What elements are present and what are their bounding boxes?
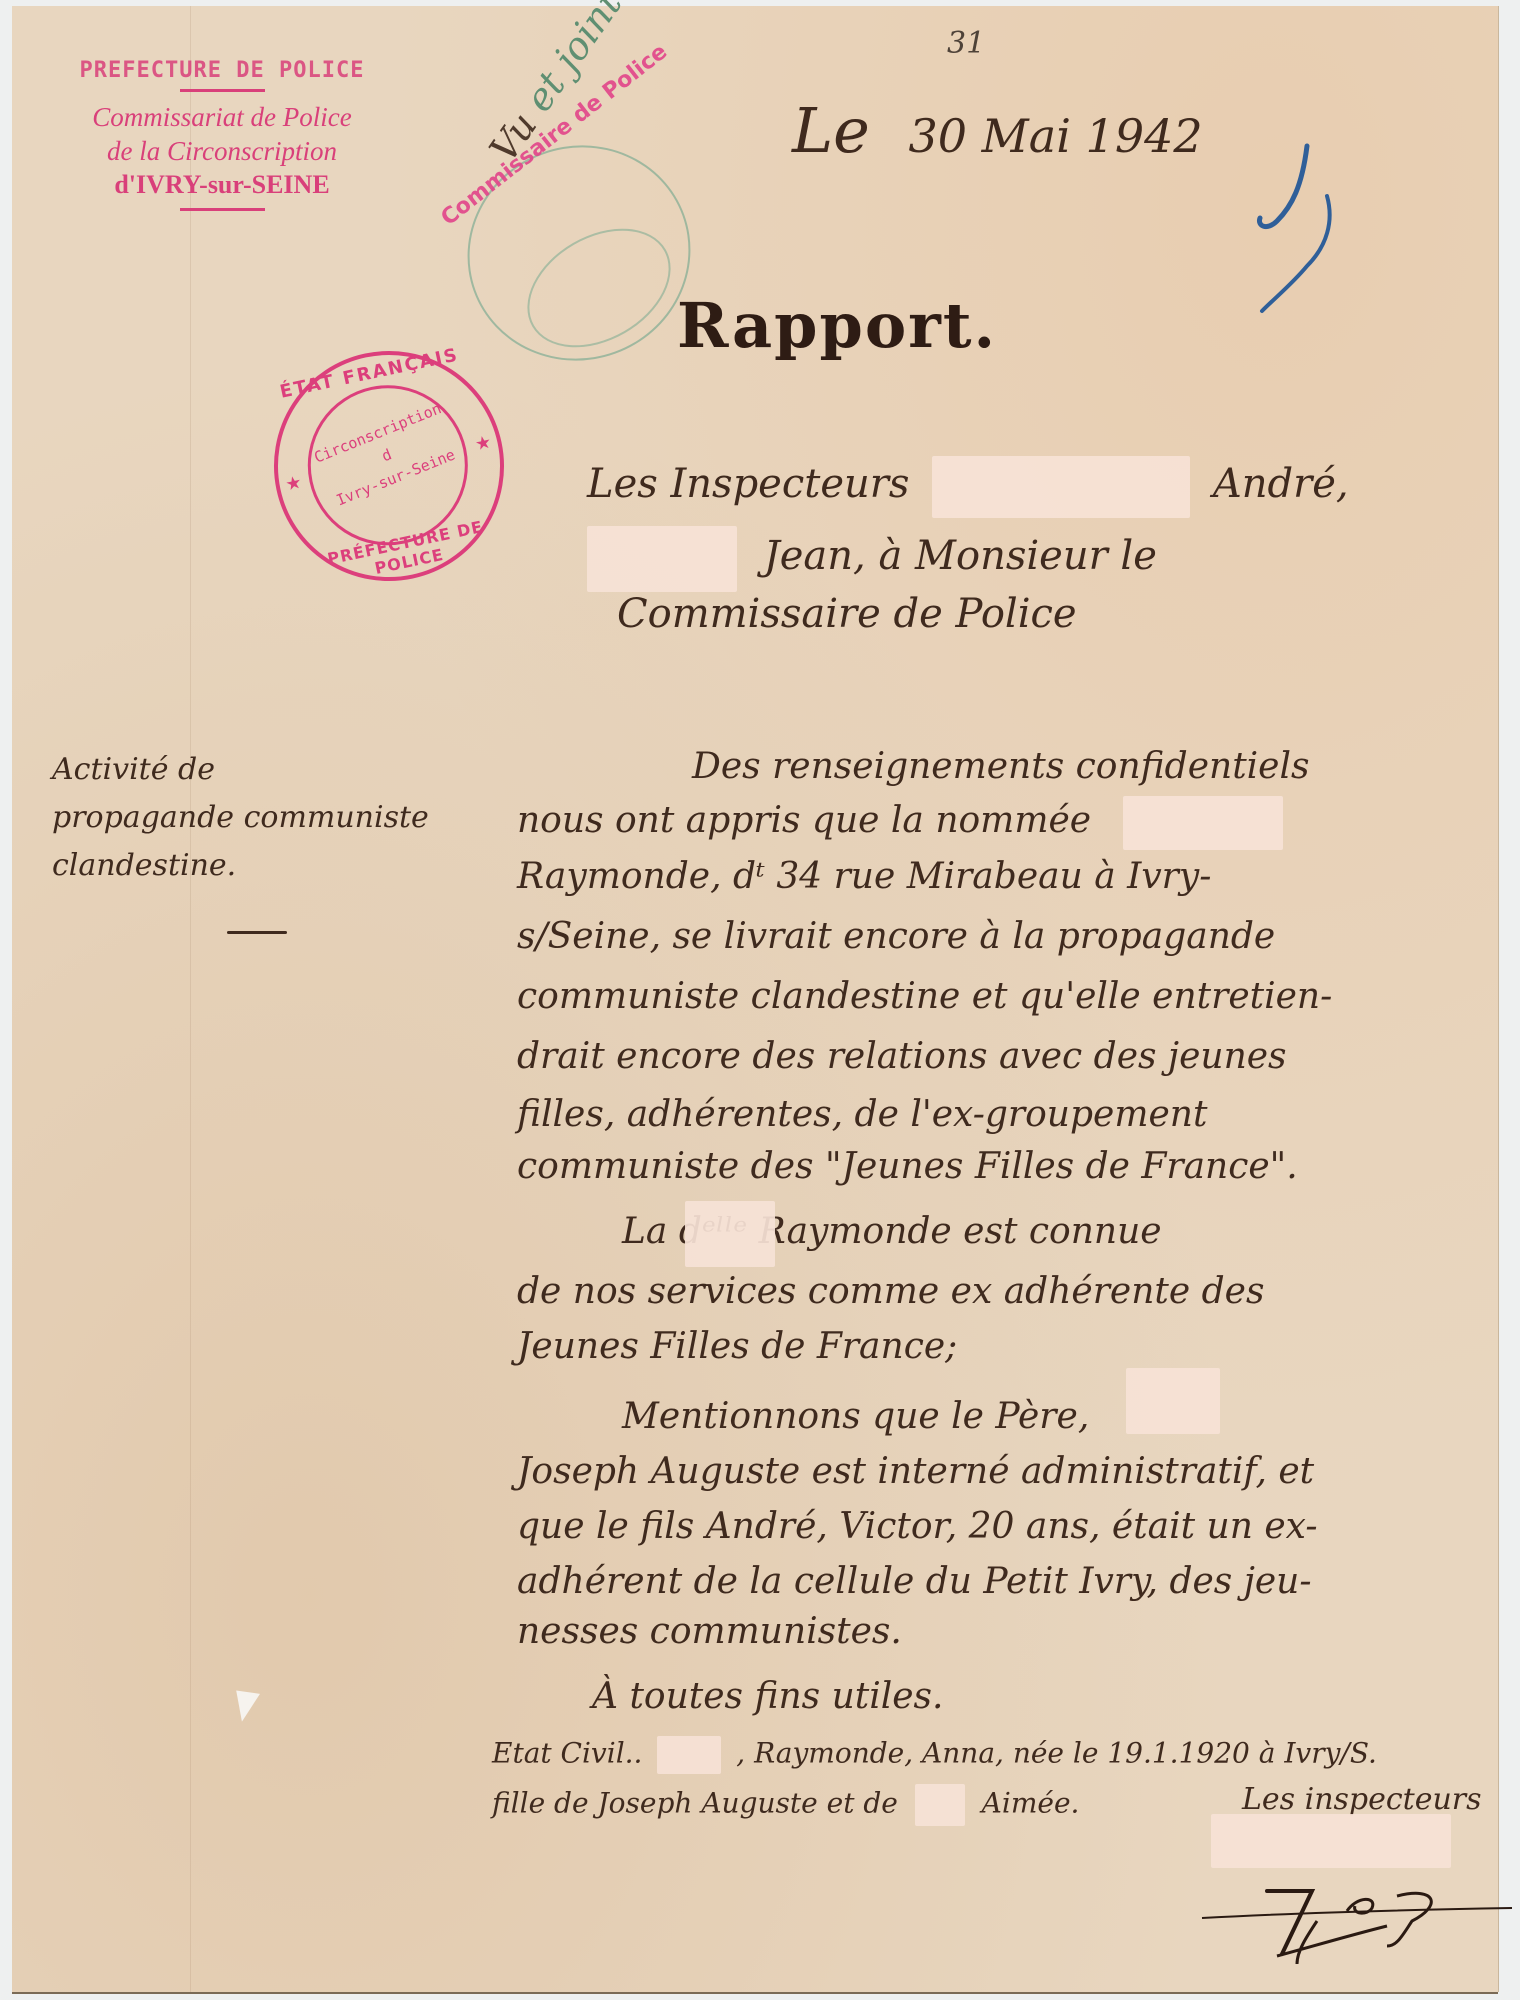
etat-civil-text: fille de Joseph Auguste et de (492, 1787, 898, 1820)
stamp-prefecture: PREFECTURE DE POLICE (42, 58, 402, 83)
body-line: communiste clandestine et qu'elle entret… (517, 976, 1332, 1017)
body-line: s/Seine, se livrait encore à la propagan… (517, 916, 1275, 957)
document-title: Rapport. (677, 289, 997, 362)
address-jean: Jean, à Monsieur le (764, 533, 1157, 579)
margin-note-line: propagande communiste (52, 794, 432, 842)
body-line: À toutes fins utiles. (592, 1676, 943, 1717)
margin-note: Activité de propagande communiste clande… (52, 746, 432, 890)
etat-civil-label: Etat Civil.. (492, 1737, 642, 1770)
address-line-3: Commissaire de Police (617, 591, 1077, 637)
body-line: de nos services comme ex adhérente des (517, 1271, 1264, 1312)
body-text: Mentionnons que le Père, (622, 1396, 1089, 1437)
body-line: drait encore des relations avec des jeun… (517, 1036, 1287, 1077)
header-stamp: PREFECTURE DE POLICE Commissariat de Pol… (42, 58, 402, 219)
stamp-commissariat: Commissariat de Police (42, 100, 402, 134)
redacted-name (587, 526, 737, 592)
paper-fold (190, 6, 191, 1992)
etat-civil-line-1: Etat Civil.. , Raymonde, Anna, née le 19… (492, 1736, 1377, 1774)
signature-icon (1197, 1876, 1517, 1966)
address-inspecteurs: Les Inspecteurs (587, 461, 909, 507)
folio-number: 31 (947, 26, 985, 61)
date-le: Le (792, 94, 870, 167)
redacted-name (1211, 1814, 1451, 1868)
stamp-circonscription: de la Circonscription (42, 134, 402, 168)
date-day: 30 (909, 109, 968, 163)
body-line: nous ont appris que la nommée (517, 796, 1283, 850)
body-line: Jeunes Filles de France; (517, 1326, 957, 1367)
document-page: PREFECTURE DE POLICE Commissariat de Pol… (12, 6, 1498, 1992)
body-line: Des renseignements confidentiels (692, 746, 1309, 787)
blue-pencil-mark-icon (1252, 126, 1362, 316)
address-andre: André, (1213, 461, 1349, 507)
body-line: nesses communistes. (517, 1611, 902, 1652)
date-month: Mai (982, 109, 1071, 163)
stamp-rule-bottom (180, 208, 265, 211)
redacted-name (915, 1784, 965, 1826)
redacted-name (1126, 1368, 1220, 1434)
etat-civil-line-2: fille de Joseph Auguste et de Aimée. (492, 1784, 1079, 1826)
margin-dash (227, 931, 287, 934)
body-line: Joseph Auguste est interné administratif… (517, 1451, 1314, 1492)
redacted-name (1123, 796, 1283, 850)
address-line-1: Les Inspecteurs André, (587, 456, 1349, 518)
margin-note-line: clandestine. (52, 842, 432, 890)
stamp-rule (180, 89, 265, 92)
redacted-name (932, 456, 1190, 518)
body-line: Mentionnons que le Père, (622, 1396, 1089, 1437)
etat-civil-text: Aimée. (982, 1787, 1080, 1820)
document-date: Le 30 Mai 1942 (792, 94, 1203, 167)
body-line: communiste des "Jeunes Filles de France"… (517, 1146, 1298, 1187)
body-line: filles, adhérentes, de l'ex-groupement (517, 1094, 1207, 1135)
body-line: Raymonde, dᵗ 34 rue Mirabeau à Ivry- (517, 856, 1211, 897)
body-line: que le fils André, Victor, 20 ans, était… (517, 1506, 1318, 1547)
signature-label: Les inspecteurs (1242, 1782, 1482, 1817)
body-text: nous ont appris que la nommée (517, 800, 1091, 841)
address-line-2: Jean, à Monsieur le (587, 526, 1157, 592)
round-seal-stamp: ÉTAT FRANÇAIS ★ ★ Circonscription d Ivry… (253, 330, 526, 603)
date-year: 1942 (1086, 109, 1203, 163)
redacted-name (685, 1201, 775, 1267)
body-line: adhérent de la cellule du Petit Ivry, de… (517, 1561, 1312, 1602)
stamp-ivry: d'IVRY-sur-SEINE (42, 168, 402, 202)
redacted-name (657, 1736, 721, 1774)
margin-note-line: Activité de (52, 746, 432, 794)
etat-civil-text: , Raymonde, Anna, née le 19.1.1920 à Ivr… (736, 1737, 1377, 1770)
paper-tear (232, 1690, 260, 1723)
